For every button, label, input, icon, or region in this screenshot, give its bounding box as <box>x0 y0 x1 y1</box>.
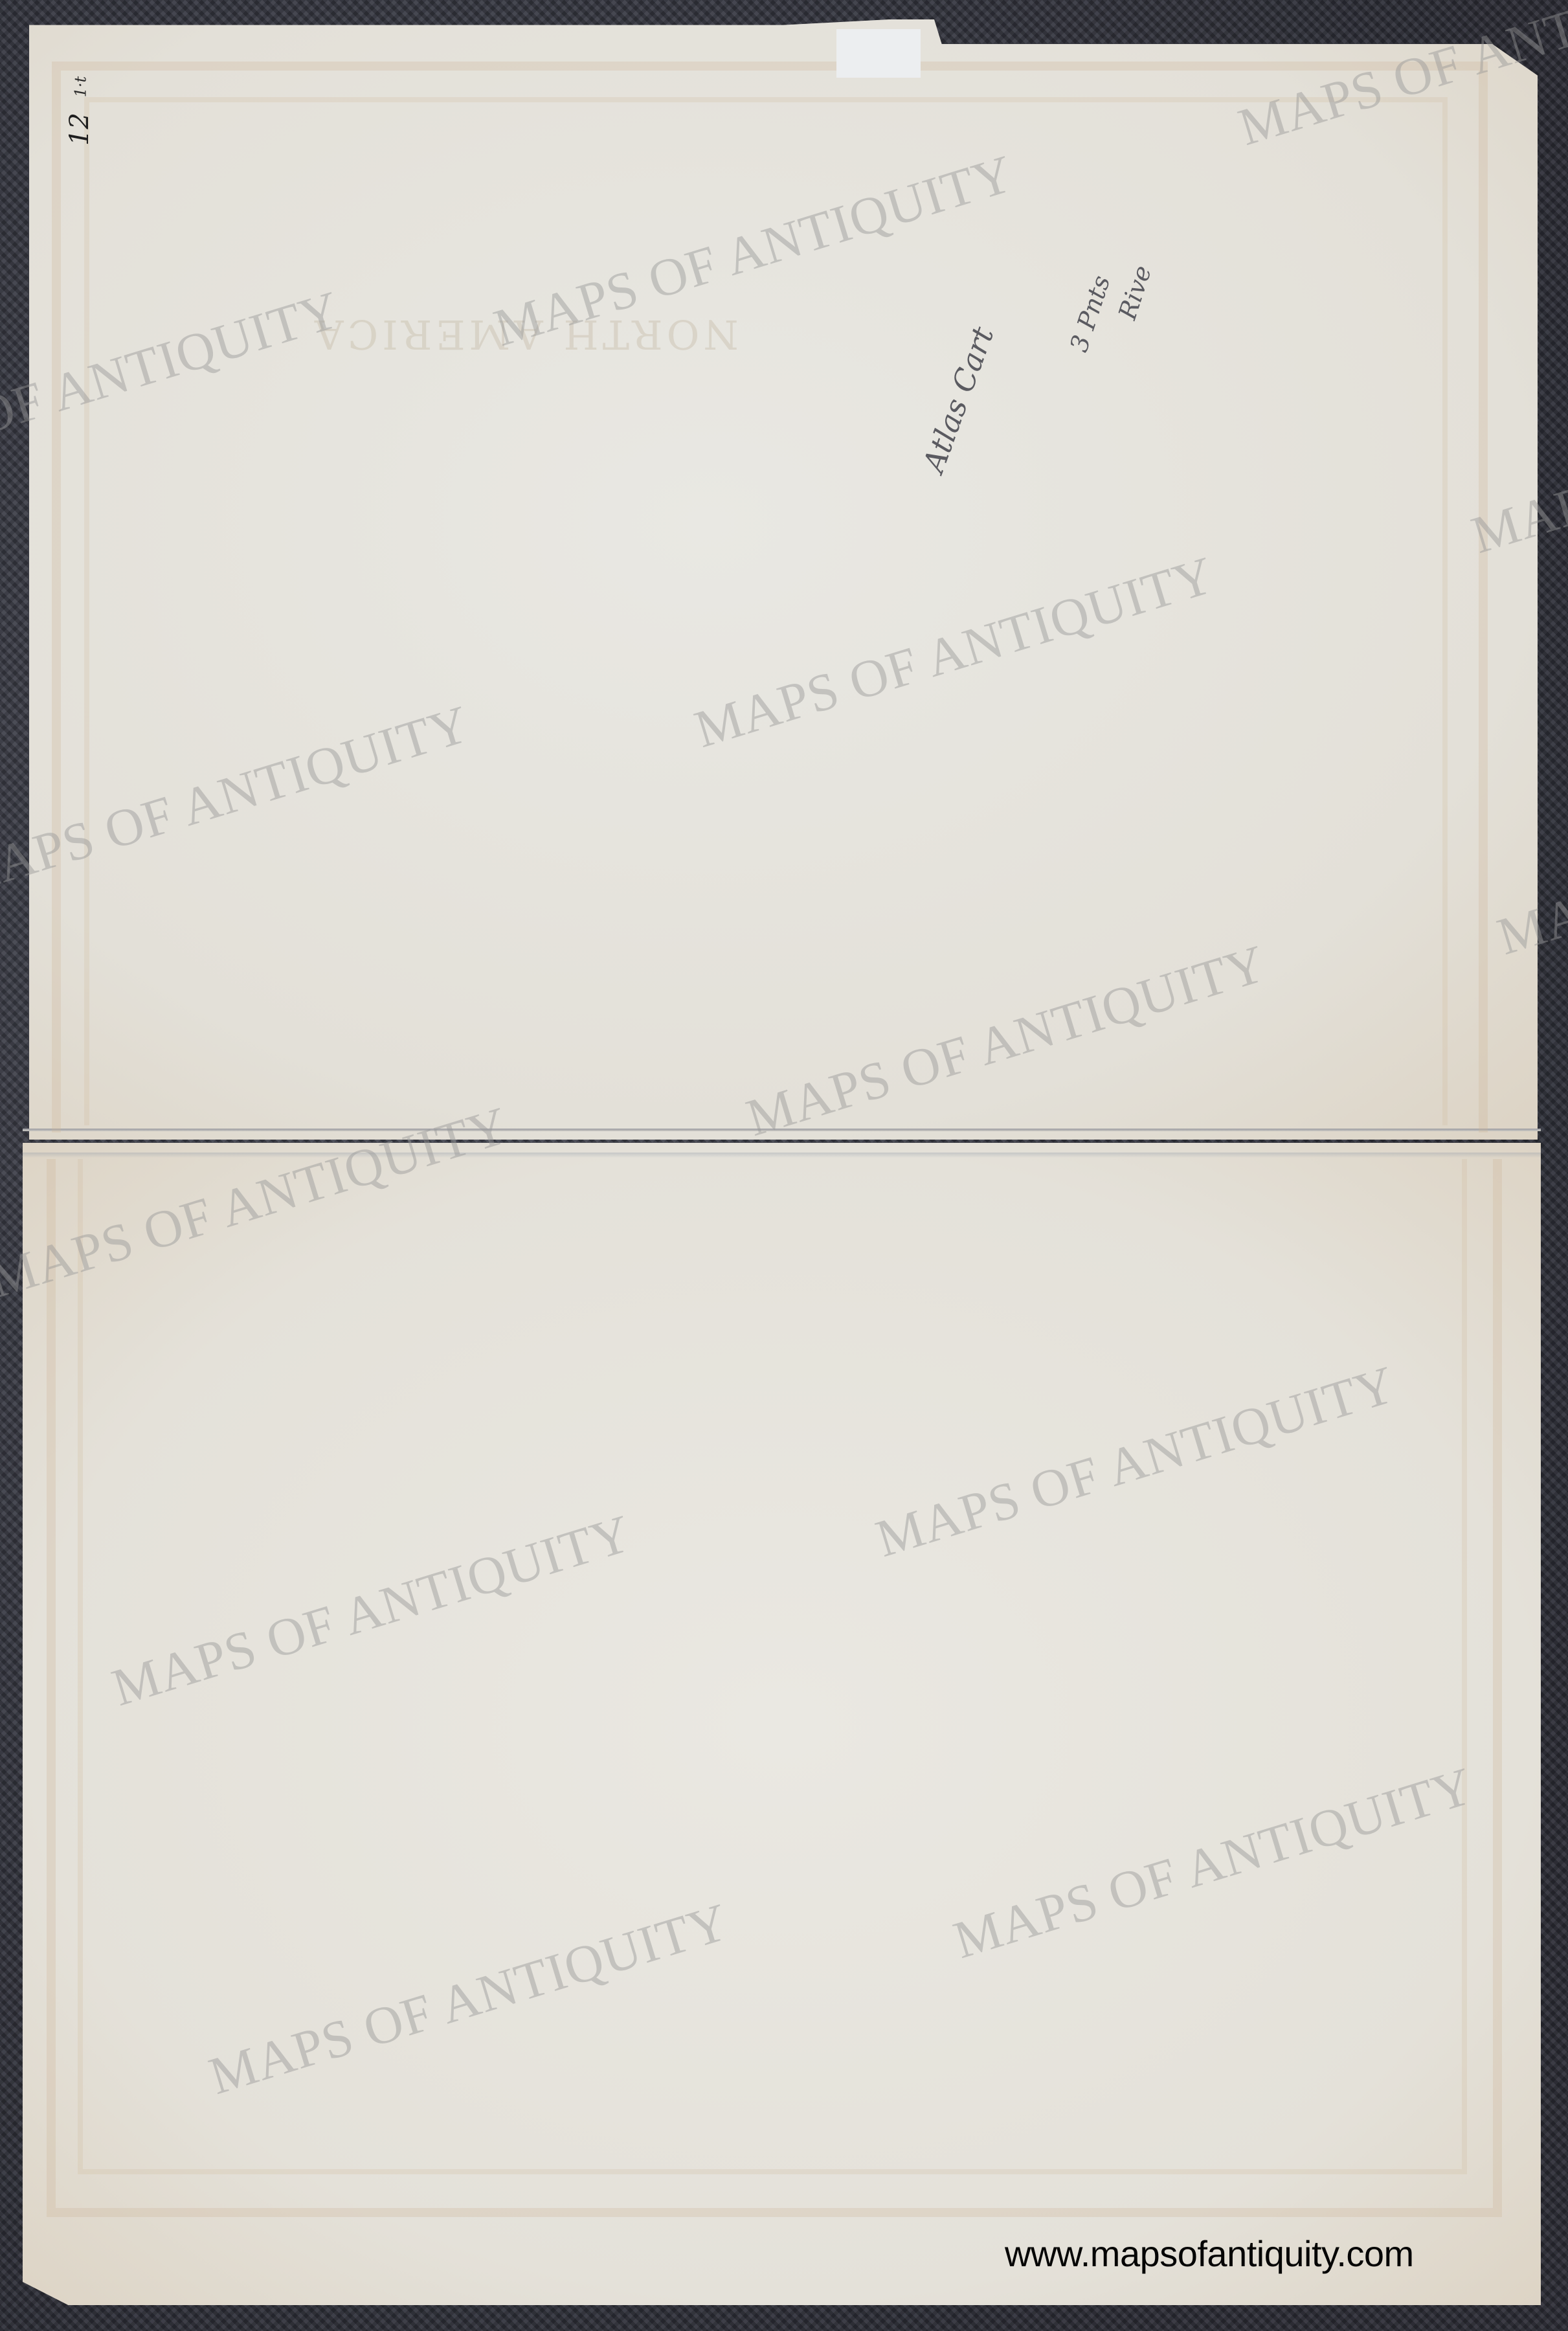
paper-label-patch <box>836 29 921 78</box>
fold-shadow <box>23 1153 1541 1158</box>
page-mark: 1·t <box>71 76 89 98</box>
map-sheet-top-half <box>29 19 1538 1140</box>
map-sheet-bottom-half <box>23 1143 1541 2305</box>
site-url-watermark: www.mapsofantiquity.com <box>1005 2233 1414 2275</box>
page-number: 12 <box>65 113 95 146</box>
